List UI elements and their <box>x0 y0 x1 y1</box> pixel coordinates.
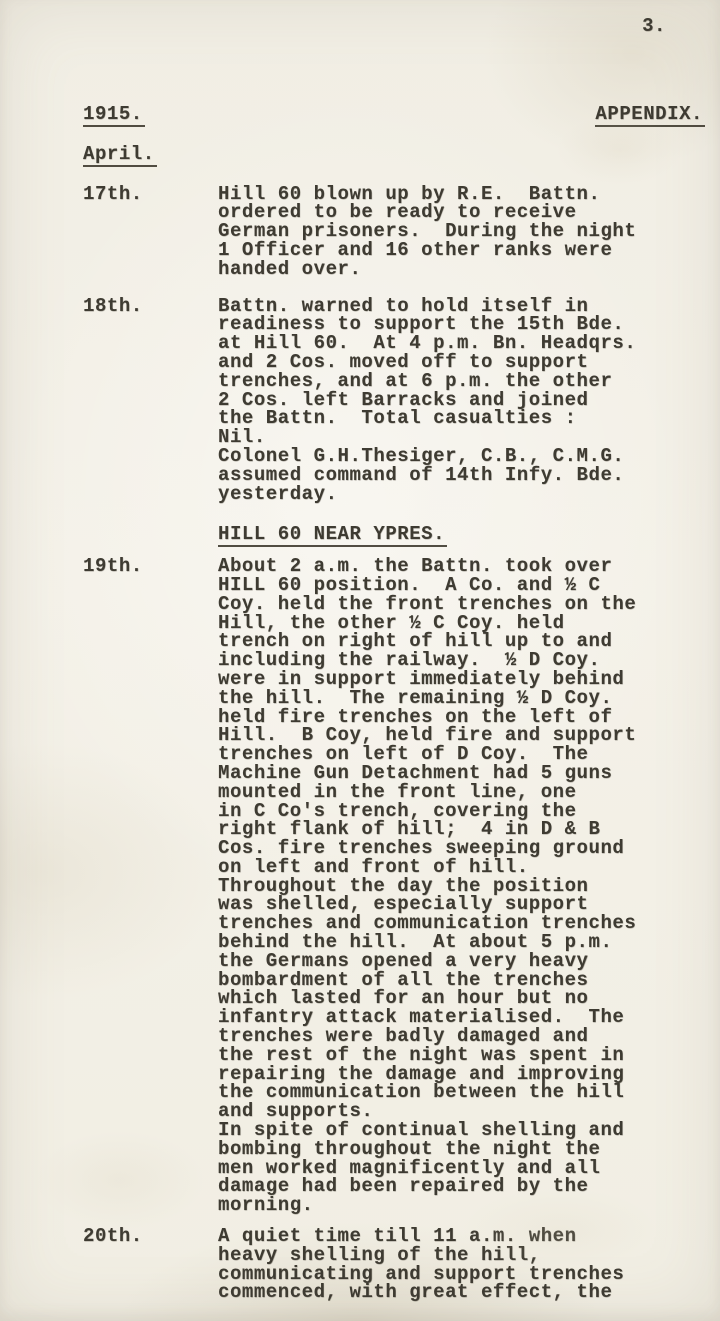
diary-entry: 17th.Hill 60 blown up by R.E. Battn.orde… <box>83 185 705 279</box>
entry-line: 1 Officer and 16 other ranks were <box>218 241 705 260</box>
entry-body: About 2 a.m. the Battn. took overHILL 60… <box>218 557 705 1215</box>
entry-line: the rest of the night was spent in <box>218 1046 705 1065</box>
entries: 17th.Hill 60 blown up by R.E. Battn.orde… <box>83 185 705 1303</box>
entry-line: A quiet time till 11 a.m. when <box>218 1227 705 1246</box>
entry-line: morning. <box>218 1196 705 1215</box>
entry-line: the Germans opened a very heavy <box>218 952 705 971</box>
month-row: April. <box>83 145 705 167</box>
entry-date: 20th. <box>83 1227 218 1302</box>
page-number: 3. <box>642 16 666 36</box>
entry-date: 19th. <box>83 557 218 1215</box>
page-content: 1915. APPENDIX. April. 17th.Hill 60 blow… <box>83 105 705 1302</box>
section-heading-row: HILL 60 NEAR YPRES. <box>83 525 705 547</box>
entry-line: heavy shelling of the hill, <box>218 1246 705 1265</box>
entry-line: Machine Gun Detachment had 5 guns <box>218 764 705 783</box>
entry-line: were in support immediately behind <box>218 670 705 689</box>
diary-entry: 19th.About 2 a.m. the Battn. took overHI… <box>83 557 705 1215</box>
entry-line: bombing throughout the night the <box>218 1140 705 1159</box>
entry-line: on left and front of hill. <box>218 858 705 877</box>
entry-line: Colonel G.H.Thesiger, C.B., C.M.G. <box>218 447 705 466</box>
entry-line: HILL 60 position. A Co. and ½ C <box>218 576 705 595</box>
entry-line: handed over. <box>218 260 705 279</box>
entry-line: and 2 Cos. moved off to support <box>218 353 705 372</box>
date-spacer <box>83 525 218 547</box>
entry-date: 17th. <box>83 185 218 279</box>
entry-line: assumed command of 14th Infy. Bde. <box>218 466 705 485</box>
entry-body: A quiet time till 11 a.m. whenheavy shel… <box>218 1227 705 1302</box>
header-row: 1915. APPENDIX. <box>83 105 705 127</box>
scanned-diary-page: 3. 1915. APPENDIX. April. 17th.Hill 60 b… <box>0 0 720 1321</box>
month-heading: April. <box>83 145 157 167</box>
entry-line: commenced, with great effect, the <box>218 1283 705 1302</box>
entry-body: Battn. warned to hold itself inreadiness… <box>218 297 705 504</box>
year-heading: 1915. <box>83 105 145 127</box>
diary-entry: 20th.A quiet time till 11 a.m. whenheavy… <box>83 1227 705 1302</box>
entry-line: trenches, and at 6 p.m. the other <box>218 372 705 391</box>
entry-line: the Battn. Total casualties : <box>218 409 705 428</box>
entry-line: yesterday. <box>218 485 705 504</box>
entry-line: Coy. held the front trenches on the <box>218 595 705 614</box>
diary-entry: 18th.Battn. warned to hold itself inread… <box>83 297 705 504</box>
section-heading: HILL 60 NEAR YPRES. <box>218 525 447 547</box>
entry-line: the hill. The remaining ½ D Coy. <box>218 689 705 708</box>
entry-date: 18th. <box>83 297 218 504</box>
entry-body: Hill 60 blown up by R.E. Battn.ordered t… <box>218 185 705 279</box>
appendix-heading: APPENDIX. <box>595 105 705 127</box>
entry-line: mounted in the front line, one <box>218 783 705 802</box>
